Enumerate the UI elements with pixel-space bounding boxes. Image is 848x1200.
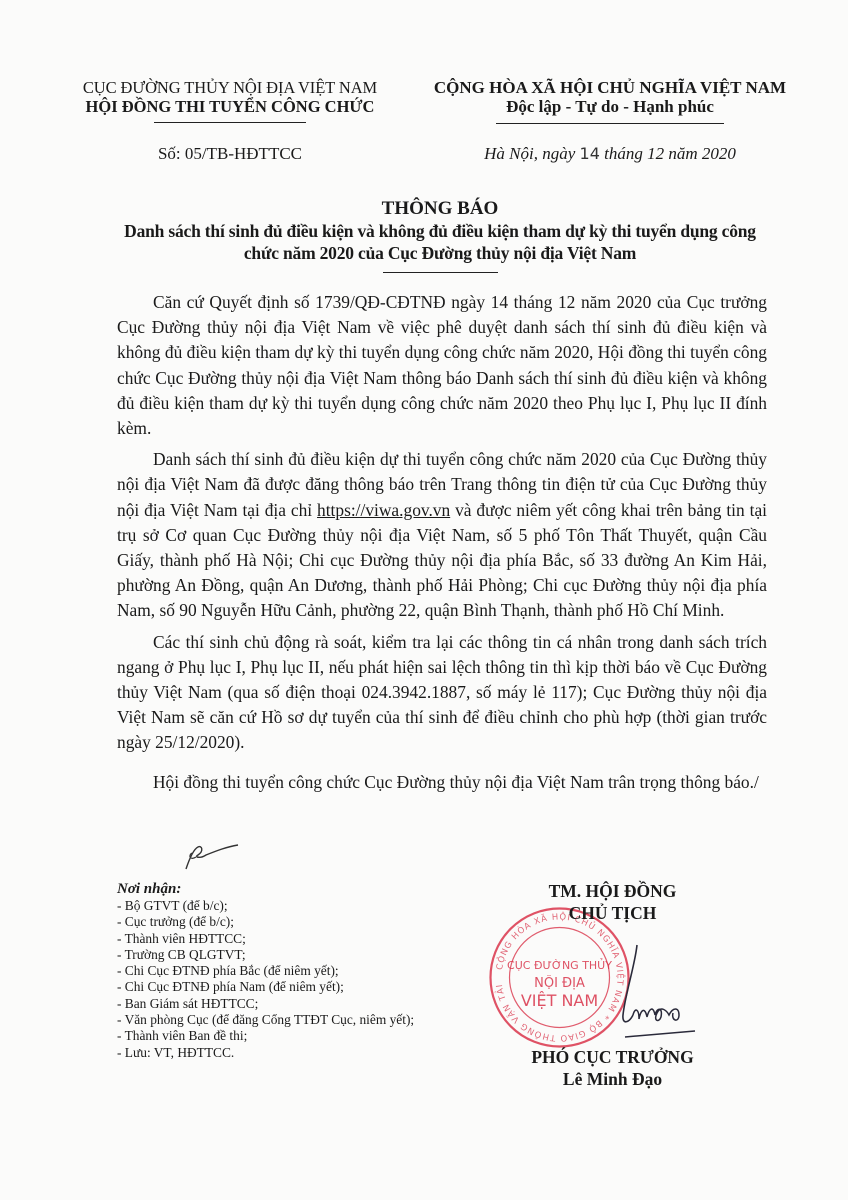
on-behalf-of: TM. HỘI ĐỒNG (480, 880, 745, 902)
signer-position: PHÓ CỤC TRƯỞNG (480, 1046, 745, 1068)
notice-title: THÔNG BÁO Danh sách thí sinh đủ điều kiệ… (110, 198, 770, 273)
document-number: Số: 05/TB-HĐTTCC (60, 144, 400, 164)
agency-name: CỤC ĐƯỜNG THỦY NỘI ĐỊA VIỆT NAM (60, 78, 400, 97)
divider (154, 122, 306, 123)
recipient-item: - Thành viên Ban đề thi; (117, 1028, 477, 1044)
divider (496, 123, 724, 124)
paragraph-4: Hội đồng thi tuyển công chức Cục Đường t… (117, 770, 767, 795)
national-motto: Độc lập - Tự do - Hạnh phúc (415, 97, 805, 117)
signer-role: CHỦ TỊCH (480, 902, 745, 924)
recipient-item: - Bộ GTVT (để b/c); (117, 898, 477, 914)
date-prefix: Hà Nội, ngày (484, 144, 579, 163)
paragraph-2: Danh sách thí sinh đủ điều kiện dự thi t… (117, 447, 767, 623)
document-date: Hà Nội, ngày 14 tháng 12 năm 2020 (415, 144, 805, 164)
recipient-item: - Trường CB QLGTVT; (117, 947, 477, 963)
document-subject: Danh sách thí sinh đủ điều kiện và không… (110, 220, 770, 264)
document-body: Căn cứ Quyết định số 1739/QĐ-CĐTNĐ ngày … (117, 290, 767, 801)
national-header: CỘNG HÒA XÃ HỘI CHỦ NGHĨA VIỆT NAM Độc l… (415, 78, 805, 124)
recipient-item: - Cục trưởng (để b/c); (117, 914, 477, 930)
recipients-label: Nơi nhận: (117, 880, 477, 898)
recipient-item: - Ban Giám sát HĐTTCC; (117, 996, 477, 1012)
initial-signature-icon (180, 843, 240, 871)
website-link[interactable]: https://viwa.gov.vn (317, 500, 450, 520)
recipient-item: - Thành viên HĐTTCC; (117, 931, 477, 947)
recipient-item: - Lưu: VT, HĐTTCC. (117, 1045, 477, 1061)
signer-name: Lê Minh Đạo (480, 1068, 745, 1090)
recipient-item: - Chi Cục ĐTNĐ phía Bắc (để niêm yết); (117, 963, 477, 979)
paragraph-1: Căn cứ Quyết định số 1739/QĐ-CĐTNĐ ngày … (117, 290, 767, 441)
divider (383, 272, 498, 273)
council-name: HỘI ĐỒNG THI TUYỂN CÔNG CHỨC (60, 97, 400, 116)
recipients-list: Nơi nhận: - Bộ GTVT (để b/c); - Cục trưở… (117, 880, 477, 1061)
paragraph-3: Các thí sinh chủ động rà soát, kiểm tra … (117, 630, 767, 756)
nation-name: CỘNG HÒA XÃ HỘI CHỦ NGHĨA VIỆT NAM (415, 78, 805, 97)
document-type: THÔNG BÁO (110, 198, 770, 220)
recipient-item: - Văn phòng Cục (để đăng Cổng TTĐT Cục, … (117, 1012, 477, 1028)
date-day: 14 (580, 144, 600, 163)
date-suffix: tháng 12 năm 2020 (600, 144, 736, 163)
handwritten-signature-icon (595, 935, 705, 1045)
issuing-authority: CỤC ĐƯỜNG THỦY NỘI ĐỊA VIỆT NAM HỘI ĐỒNG… (60, 78, 400, 123)
recipient-item: - Chi Cục ĐTNĐ phía Nam (để niêm yết); (117, 979, 477, 995)
